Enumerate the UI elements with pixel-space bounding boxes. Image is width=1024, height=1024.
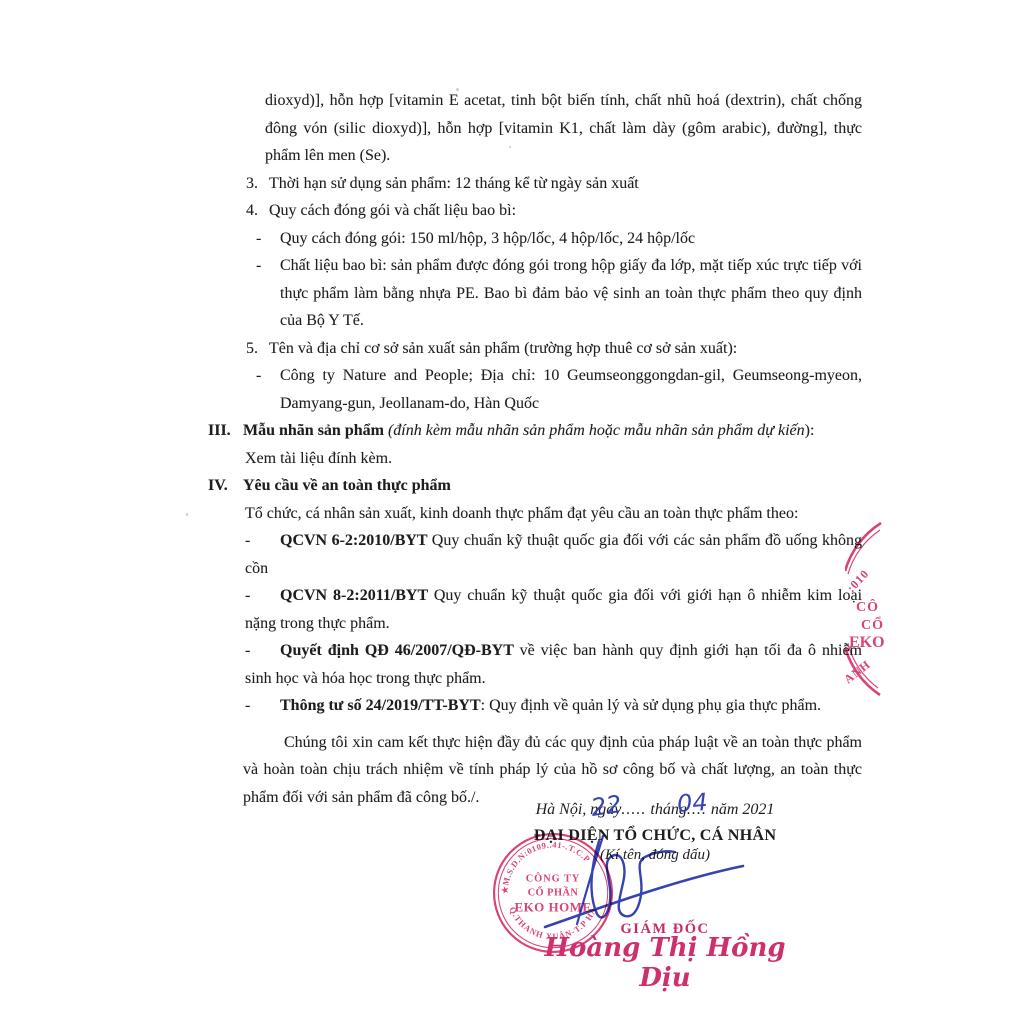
scan-speck	[509, 146, 511, 148]
list-marker: -	[245, 637, 280, 665]
place-date-line: Hà Nội, ngày..... tháng.... năm 2021	[490, 801, 820, 819]
list-marker: -	[256, 225, 280, 253]
svg-text:CÔ: CÔ	[856, 598, 879, 615]
doc-paragraph: Chúng tôi xin cam kết thực hiện đầy đủ c…	[208, 729, 862, 812]
text-run: Tổ chức, cá nhân sản xuất, kinh doanh th…	[245, 505, 798, 522]
doc-paragraph: -Thông tư số 24/2019/TT-BYT: Quy định về…	[208, 692, 862, 720]
doc-paragraph: dioxyd)], hỗn hợp [vitamin E acetat, tin…	[208, 87, 862, 170]
doc-paragraph: 3.Thời hạn sử dụng sản phẩm: 12 tháng kể…	[208, 170, 862, 198]
text-run: (đính kèm mẫu nhãn sản phẩm hoặc mẫu nhã…	[388, 422, 805, 439]
text-run: ):	[805, 422, 815, 439]
text-run: Thời hạn sử dụng sản phẩm: 12 tháng kể t…	[269, 175, 639, 192]
doc-paragraph: -Chất liệu bao bì: sản phẩm được đóng gó…	[208, 252, 862, 335]
text-run: Chất liệu bao bì: sản phẩm được đóng gói…	[280, 257, 862, 329]
document-page: dioxyd)], hỗn hợp [vitamin E acetat, tin…	[0, 0, 1024, 1024]
svg-text:CỔ: CỔ	[861, 615, 884, 633]
list-marker: -	[245, 692, 280, 720]
company-stamp-fragment: :010CÔCỔEKOANH	[845, 516, 890, 706]
list-marker: -	[245, 527, 280, 555]
document-body: dioxyd)], hỗn hợp [vitamin E acetat, tin…	[208, 0, 862, 811]
doc-paragraph: Tổ chức, cá nhân sản xuất, kinh doanh th…	[208, 500, 862, 528]
list-marker: -	[256, 362, 280, 390]
text-run: Thông tư số 24/2019/TT-BYT	[280, 697, 481, 714]
list-marker: -	[256, 252, 280, 280]
text-run: QCVN 8-2:2011/BYT	[280, 587, 434, 604]
date-dots: .....	[621, 801, 646, 818]
text-run: Chúng tôi xin cam kết thực hiện đầy đủ c…	[243, 734, 862, 806]
list-marker: 4.	[246, 197, 269, 225]
doc-paragraph: III.Mẫu nhãn sản phẩm (đính kèm mẫu nhãn…	[208, 417, 862, 445]
text-run: Quyết định QĐ 46/2007/QĐ-BYT	[280, 642, 520, 659]
doc-paragraph: -Quy cách đóng gói: 150 ml/hộp, 3 hộp/lố…	[208, 225, 862, 253]
text-run: Quy cách đóng gói: 150 ml/hộp, 3 hộp/lốc…	[280, 230, 695, 247]
text-run: Xem tài liệu đính kèm.	[245, 450, 392, 467]
doc-paragraph: 4.Quy cách đóng gói và chất liệu bao bì:	[208, 197, 862, 225]
text-run: Quy cách đóng gói và chất liệu bao bì:	[269, 202, 516, 219]
doc-paragraph: -QCVN 8-2:2011/BYT Quy chuẩn kỹ thuật qu…	[208, 582, 862, 637]
list-marker: 3.	[246, 170, 269, 198]
doc-paragraph: Xem tài liệu đính kèm.	[208, 445, 862, 473]
doc-paragraph: -QCVN 6-2:2010/BYT Quy chuẩn kỹ thuật qu…	[208, 527, 862, 582]
doc-paragraph: -Công ty Nature and People; Địa chỉ: 10 …	[208, 362, 862, 417]
text-run: Yêu cầu về an toàn thực phẩm	[243, 477, 451, 494]
doc-paragraph: IV.Yêu cầu về an toàn thực phẩm	[208, 472, 862, 500]
handwritten-month: 04	[676, 788, 708, 818]
doc-paragraph: 5.Tên và địa chỉ cơ sở sản xuất sản phẩm…	[208, 335, 862, 363]
signer-name: Hoàng Thị Hồng Dịu	[535, 933, 795, 993]
doc-paragraph: -Quyết định QĐ 46/2007/QĐ-BYT về việc ba…	[208, 637, 862, 692]
svg-text:EKO: EKO	[849, 634, 885, 651]
list-marker: -	[245, 582, 280, 610]
text-run: Mẫu nhãn sản phẩm	[243, 422, 388, 439]
text-run: Công ty Nature and People; Địa chỉ: 10 G…	[280, 367, 862, 412]
list-marker: IV.	[208, 472, 243, 500]
scan-speck	[456, 88, 459, 91]
scan-speck	[186, 513, 188, 516]
text-run: : Quy định về quản lý và sử dụng phụ gia…	[481, 697, 821, 714]
date-suffix: năm 2021	[711, 801, 775, 818]
text-run: Tên và địa chỉ cơ sở sản xuất sản phẩm (…	[269, 340, 737, 357]
list-marker: III.	[208, 417, 243, 445]
handwritten-day: 22	[589, 790, 623, 822]
list-marker: 5.	[246, 335, 269, 363]
text-run: QCVN 6-2:2010/BYT	[280, 532, 432, 549]
text-run: dioxyd)], hỗn hợp [vitamin E acetat, tin…	[265, 92, 862, 164]
